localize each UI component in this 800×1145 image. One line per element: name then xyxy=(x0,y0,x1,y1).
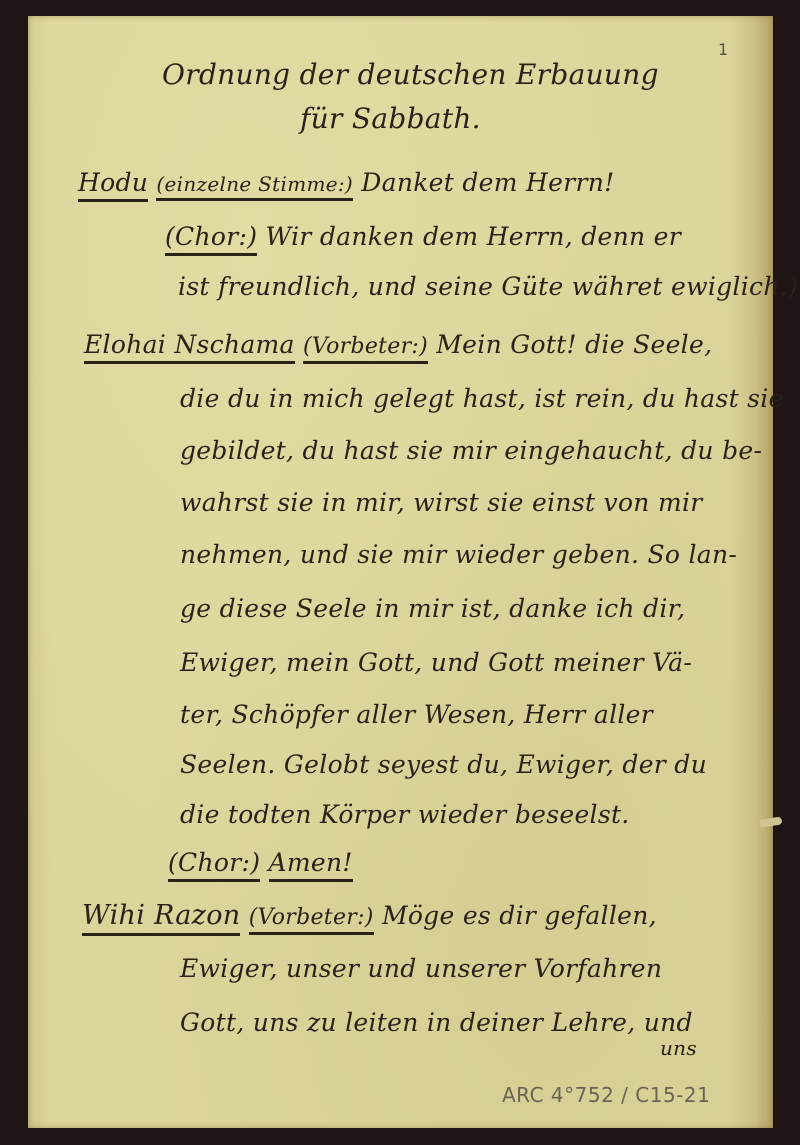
section-role-chor: (Chor:) xyxy=(165,222,257,256)
page-edge-shading xyxy=(755,16,773,1128)
paper-tear xyxy=(760,817,783,828)
section-heading-wihi-razon: Wihi Razon xyxy=(82,900,240,936)
section-hodu-line: Hodu (einzelne Stimme:) Danket dem Herrn… xyxy=(78,168,614,197)
text-line: Möge es dir gefallen, xyxy=(382,901,657,930)
section-role-vorbeter: (Vorbeter:) xyxy=(249,905,374,935)
section-role-hodu: (einzelne Stimme:) xyxy=(156,172,353,201)
title-line-1: Ordnung der deutschen Erbauung xyxy=(162,58,659,91)
text-line: gebildet, du hast sie mir eingehaucht, d… xyxy=(180,436,762,465)
text-line: die du in mich gelegt hast, ist rein, du… xyxy=(180,384,784,413)
section-role-chor: (Chor:) xyxy=(168,848,260,882)
folio-number: 1 xyxy=(718,40,728,59)
section-elohai-line: Elohai Nschama (Vorbeter:) Mein Gott! di… xyxy=(84,330,712,359)
text-line: wahrst sie in mir, wirst sie einst von m… xyxy=(180,488,703,517)
text-line: Danket dem Herrn! xyxy=(361,168,614,197)
text-line: die todten Körper wieder beseelst. xyxy=(180,800,630,829)
text-amen: Amen! xyxy=(269,848,353,882)
section-role-vorbeter: (Vorbeter:) xyxy=(303,334,428,364)
archive-shelfmark: ARC 4°752 / C15-21 xyxy=(502,1083,710,1107)
section-heading-hodu: Hodu xyxy=(78,168,148,202)
chor-line-1: (Chor:) Wir danken dem Herrn, denn er xyxy=(165,222,681,251)
text-line: ist freundlich, und seine Güte währet ew… xyxy=(178,272,798,301)
text-line: Ewiger, unser und unserer Vorfahren xyxy=(180,954,662,983)
chor-amen-line: (Chor:) Amen! xyxy=(168,848,353,877)
text-line: Ewiger, mein Gott, und Gott meiner Vä- xyxy=(180,648,692,677)
title-line-2: für Sabbath. xyxy=(300,102,481,135)
section-wihi-line: Wihi Razon (Vorbeter:) Möge es dir gefal… xyxy=(82,900,657,931)
text-line: Gott, uns zu leiten in deiner Lehre, und xyxy=(180,1008,693,1037)
text-line: nehmen, und sie mir wieder geben. So lan… xyxy=(180,540,737,569)
text-line: Mein Gott! die Seele, xyxy=(436,330,712,359)
catchword: uns xyxy=(660,1036,697,1060)
section-heading-elohai-nschama: Elohai Nschama xyxy=(84,330,295,364)
text-line: Seelen. Gelobt seyest du, Ewiger, der du xyxy=(180,750,707,779)
text-line: ge diese Seele in mir ist, danke ich dir… xyxy=(180,594,685,623)
text-line: ter, Schöpfer aller Wesen, Herr aller xyxy=(180,700,653,729)
text-line: Wir danken dem Herrn, denn er xyxy=(266,222,682,251)
